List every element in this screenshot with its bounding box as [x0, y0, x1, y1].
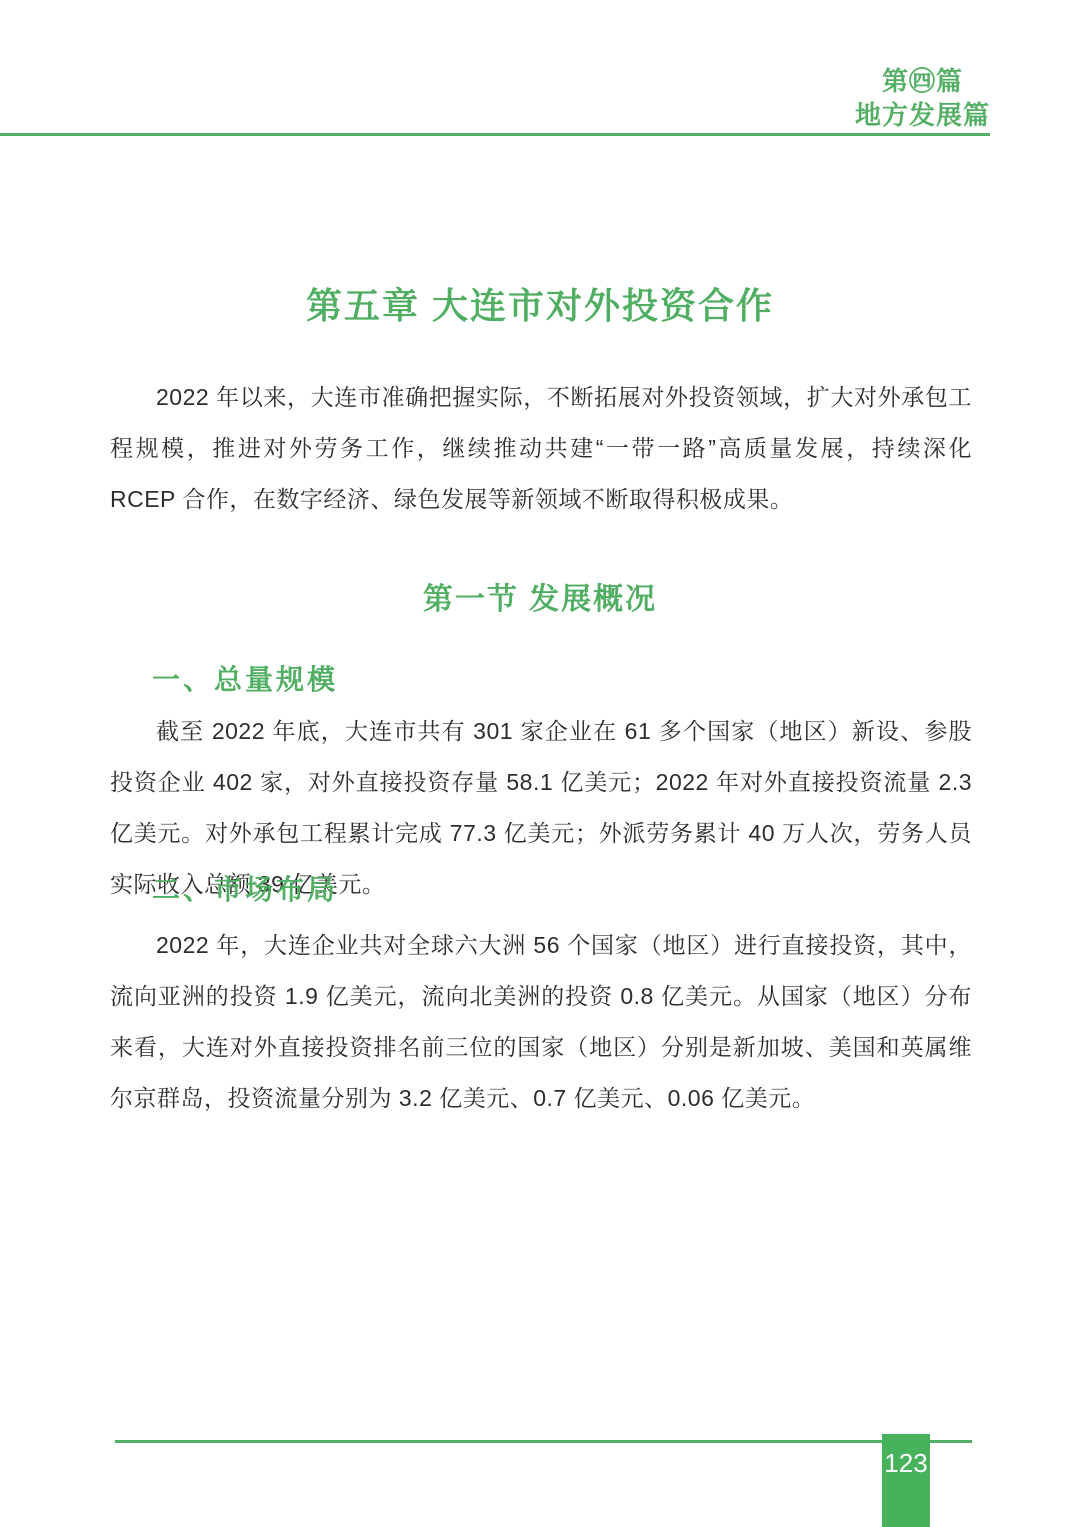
- section-title: 第一节 发展概况: [0, 574, 1080, 618]
- header-rule: [0, 133, 990, 136]
- running-header: 第㊃篇 地方发展篇: [855, 64, 990, 132]
- page-number: 123: [884, 1448, 927, 1478]
- document-page: 第㊃篇 地方发展篇 第五章 大连市对外投资合作 2022 年以来，大连市准确把握…: [0, 0, 1080, 1527]
- intro-paragraph: 2022 年以来，大连市准确把握实际，不断拓展对外投资领域，扩大对外承包工程规模…: [110, 372, 972, 525]
- subsection-heading-2: 二、市场布局: [152, 868, 338, 908]
- part-title: 地方发展篇: [855, 98, 990, 132]
- subsection-paragraph-2: 2022 年，大连企业共对全球六大洲 56 个国家（地区）进行直接投资，其中，流…: [110, 920, 972, 1124]
- chapter-title: 第五章 大连市对外投资合作: [0, 278, 1080, 329]
- footer-rule: [115, 1440, 972, 1443]
- subsection-heading-1: 一、总量规模: [152, 658, 338, 698]
- part-label: 第㊃篇: [855, 64, 990, 98]
- page-number-tab: 123: [882, 1434, 930, 1527]
